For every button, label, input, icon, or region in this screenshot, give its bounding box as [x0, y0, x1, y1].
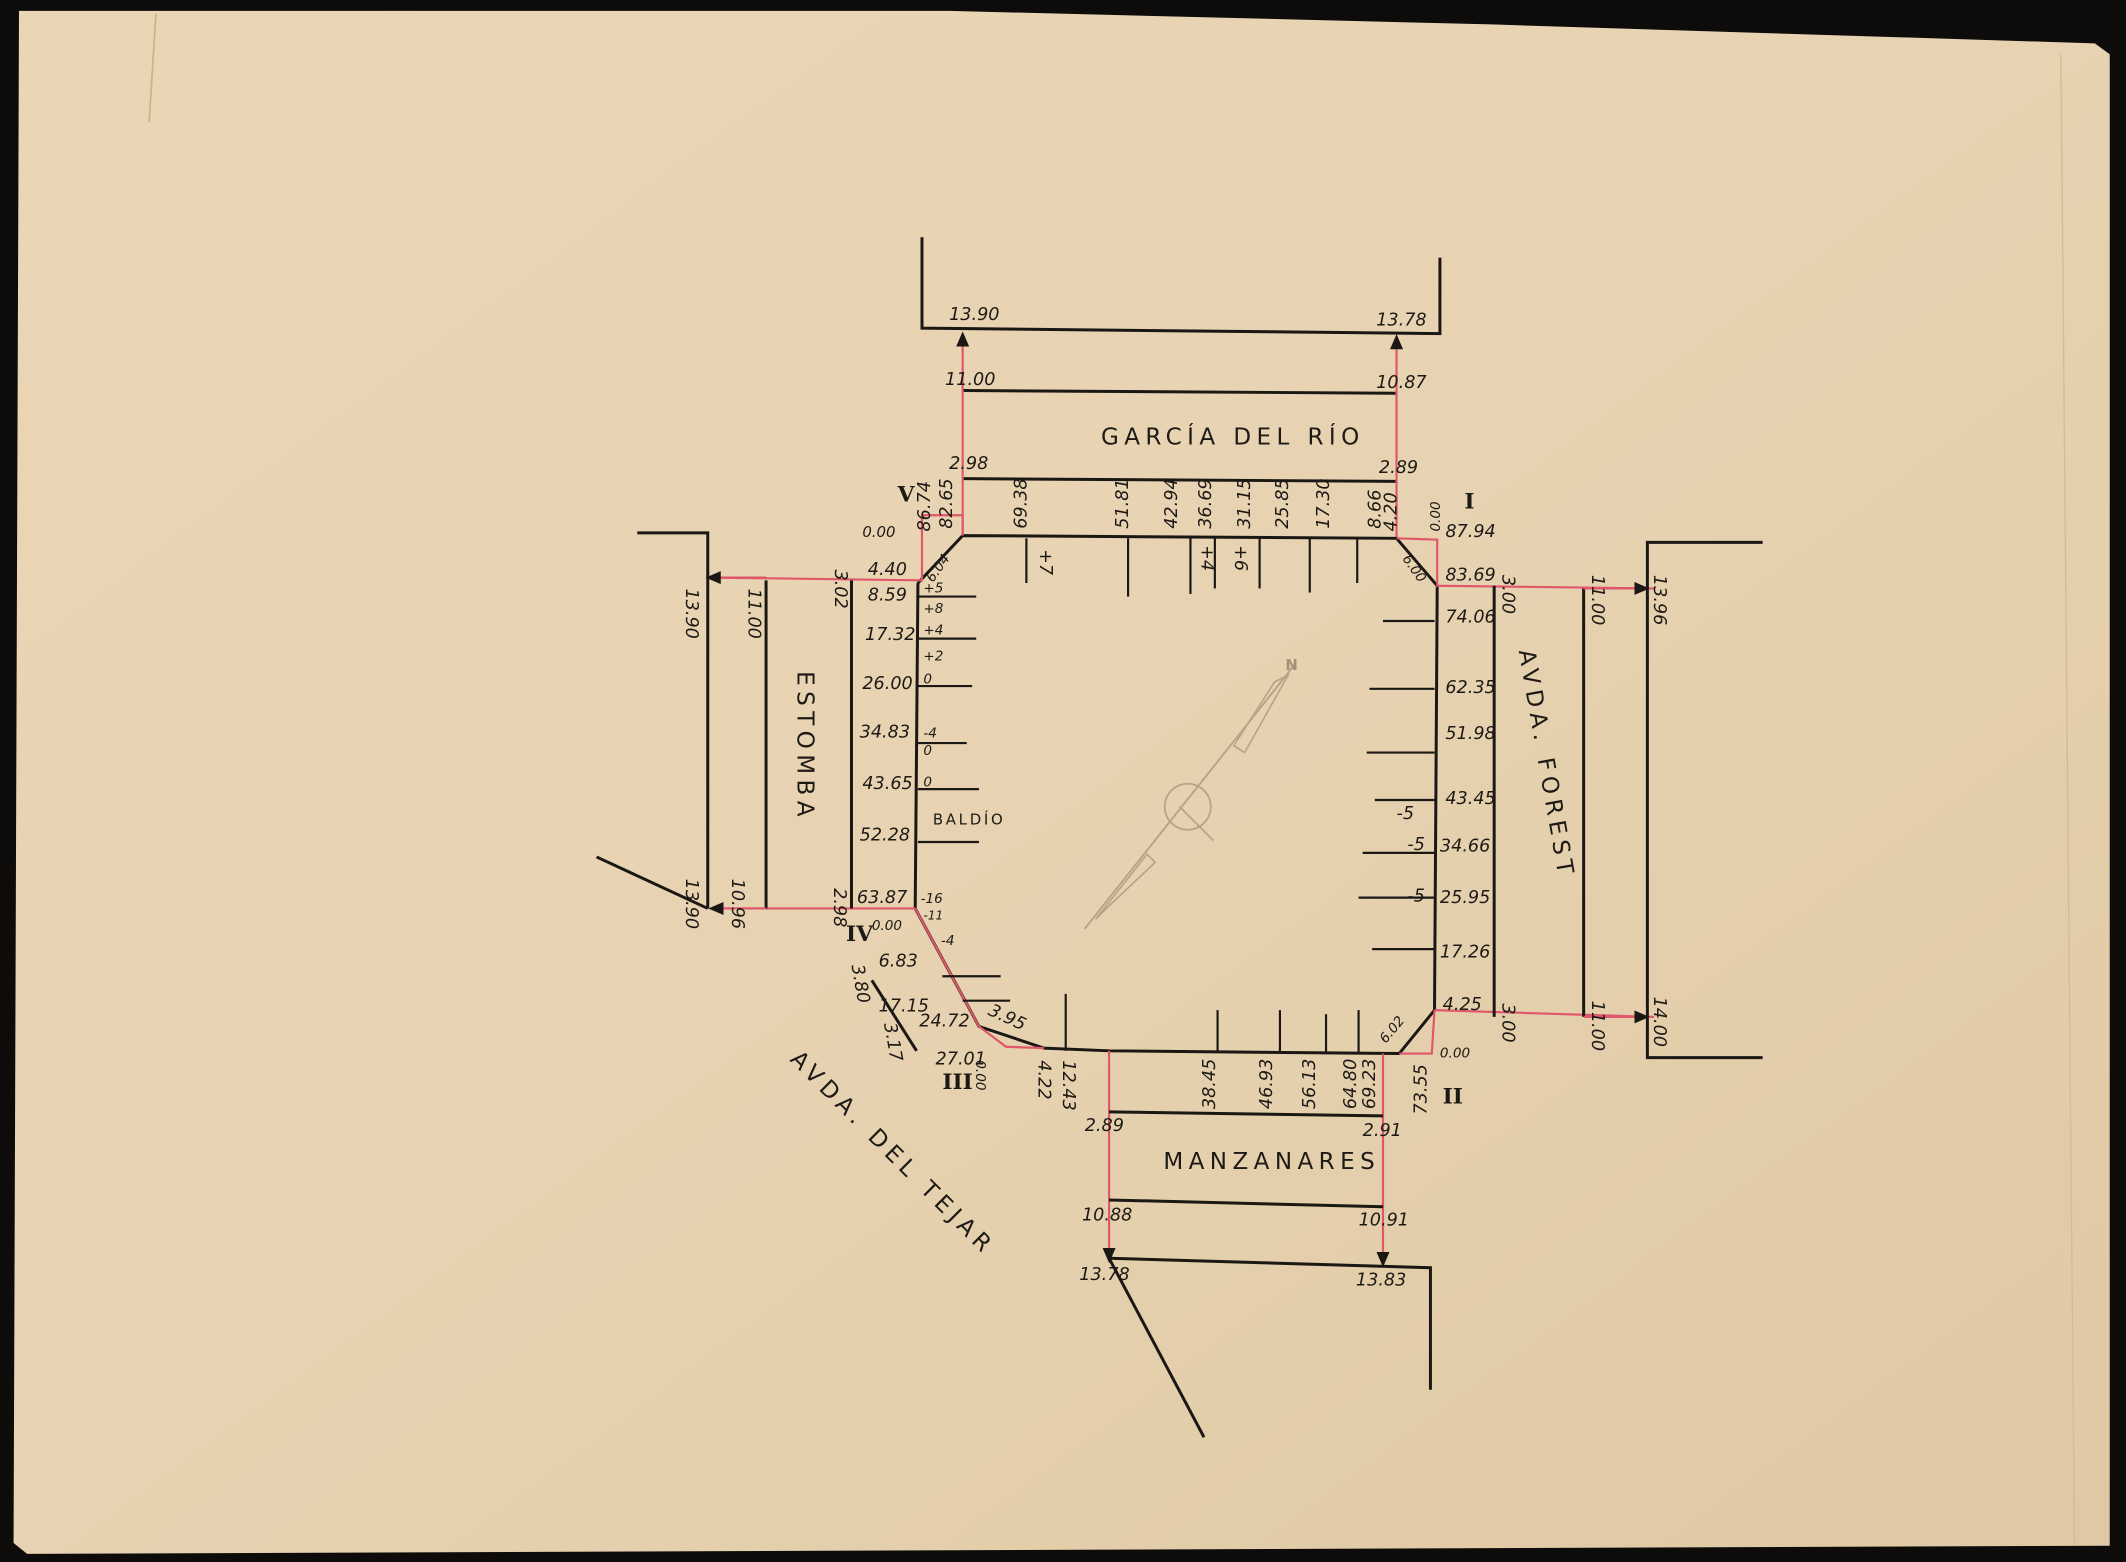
station-label: 17.26: [1440, 942, 1490, 962]
offset-label: 0: [923, 743, 932, 759]
offset-label: 0: [923, 671, 932, 687]
station-label: 38.45: [1200, 1059, 1220, 1109]
elev-label: 13.78: [1376, 310, 1426, 330]
offset-label: +8: [923, 601, 943, 617]
elev-label: 10.96: [727, 879, 747, 929]
offset-label: -4: [941, 933, 955, 949]
offset-label: -16: [921, 891, 944, 907]
station-label: 73.55: [1411, 1064, 1431, 1114]
station-label: 82.65: [937, 478, 957, 528]
station-label: 6.83: [879, 952, 918, 972]
elev-label: 13.90: [681, 588, 701, 638]
offset-label: -4: [923, 726, 937, 742]
elev-label: 2.89: [1379, 458, 1418, 478]
elev-label: 14.00: [1649, 997, 1669, 1047]
survey-sheet: 13.90 13.78 11.00 10.87 2.98 2.89 GARCÍA…: [0, 0, 2126, 1562]
elev-label: 13.90: [681, 879, 701, 929]
station-label: 43.65: [862, 774, 912, 794]
elev-label: 10.87: [1376, 373, 1427, 393]
elev-label: 3.00: [1497, 1003, 1517, 1042]
elev-label: 10.88: [1082, 1205, 1132, 1225]
station-label: 26.00: [862, 674, 912, 694]
station-label: 51.98: [1445, 724, 1495, 744]
elev-label: 0.00: [1428, 501, 1444, 531]
elev-label: 11.00: [743, 588, 763, 638]
offset-label: -5: [1397, 804, 1415, 824]
station-label: 51.81: [1113, 478, 1133, 528]
offset-label: +4: [923, 623, 943, 639]
station-label: 24.72: [919, 1011, 969, 1031]
station-label: 25.85: [1273, 478, 1293, 528]
station-label: 43.45: [1445, 789, 1495, 809]
station-label: 36.69: [1196, 478, 1216, 528]
elev-label: 0.00: [872, 918, 902, 934]
corner-label: V: [897, 483, 916, 508]
elev-label: 11.00: [1587, 575, 1607, 625]
street-name-manzanares: MANZANARES: [1163, 1149, 1380, 1175]
station-label: 17.30: [1314, 478, 1334, 528]
offset-label: 0: [923, 774, 932, 790]
paper: [14, 11, 2110, 1554]
intersection-plan: 13.90 13.78 11.00 10.87 2.98 2.89 GARCÍA…: [0, 0, 2126, 1562]
station-label: 56.13: [1300, 1059, 1320, 1109]
offset-label: +6: [1230, 545, 1250, 571]
offset-label: -5: [1407, 887, 1425, 907]
elev-label: 2.89: [1085, 1116, 1124, 1136]
offset-label: +2: [923, 648, 943, 664]
elev-label: 0.00: [1440, 1046, 1470, 1062]
offset-label: +7: [1035, 549, 1055, 576]
station-label: 4.40: [868, 560, 907, 580]
corner-label: IV: [846, 922, 874, 947]
station-label: 4.25: [1443, 995, 1482, 1015]
station-label: 4.20: [1382, 492, 1402, 531]
station-label: 86.74: [915, 481, 935, 531]
offset-label: -5: [1407, 835, 1425, 855]
corner-label: III: [942, 1070, 972, 1095]
elev-label: 10.91: [1359, 1211, 1409, 1231]
station-label: 31.15: [1235, 478, 1255, 528]
station-label: 42.94: [1162, 478, 1182, 528]
elev-label: 0.00: [972, 1060, 988, 1090]
station-label: 87.94: [1445, 522, 1495, 542]
elev-label: 3.00: [1497, 575, 1517, 614]
elev-label: 2.91: [1363, 1121, 1402, 1141]
station-label: 83.69: [1445, 565, 1495, 585]
station-label: 34.83: [860, 723, 910, 743]
station-label: 12.43: [1058, 1060, 1078, 1110]
offset-label: +4: [1196, 545, 1216, 571]
station-label: 62.35: [1445, 678, 1495, 698]
station-label: 69.38: [1011, 478, 1031, 528]
station-label: 25.95: [1440, 888, 1490, 908]
station-label: 4.22: [1034, 1060, 1054, 1099]
elev-label: 11.00: [1587, 1001, 1607, 1051]
street-name-garcia-del-rio: GARCÍA DEL RÍO: [1101, 423, 1365, 451]
station-label: 64.80: [1341, 1059, 1361, 1109]
elev-label: 13.90: [949, 305, 999, 325]
offset-label: -11: [923, 908, 943, 922]
corner-label: I: [1464, 489, 1474, 514]
elev-label: 13.78: [1079, 1265, 1129, 1285]
elev-label: 13.96: [1649, 575, 1669, 625]
elev-label: 0.00: [862, 523, 895, 541]
corner-label: II: [1443, 1085, 1463, 1110]
station-label: 69.23: [1360, 1059, 1380, 1109]
corner-iii: 27.01 III 0.00: [936, 1049, 989, 1094]
station-label: 34.66: [1440, 837, 1490, 857]
elev-label: 3.02: [830, 569, 850, 608]
station-label: 74.06: [1445, 607, 1495, 627]
station-label: 8.59: [868, 586, 907, 606]
offset-label: +5: [923, 581, 943, 597]
station-label: 52.28: [860, 826, 910, 846]
station-label: 63.87: [857, 888, 908, 908]
vacant-lot-label: BALDÍO: [933, 810, 1006, 828]
street-name-estomba: ESTOMBA: [791, 671, 817, 822]
compass-north-label: N: [1285, 656, 1297, 674]
station-label: 17.32: [865, 625, 915, 645]
elev-label: 11.00: [945, 370, 995, 390]
elev-label: 13.83: [1356, 1270, 1406, 1290]
elev-label: 2.98: [949, 454, 988, 474]
station-label: 46.93: [1257, 1059, 1277, 1109]
